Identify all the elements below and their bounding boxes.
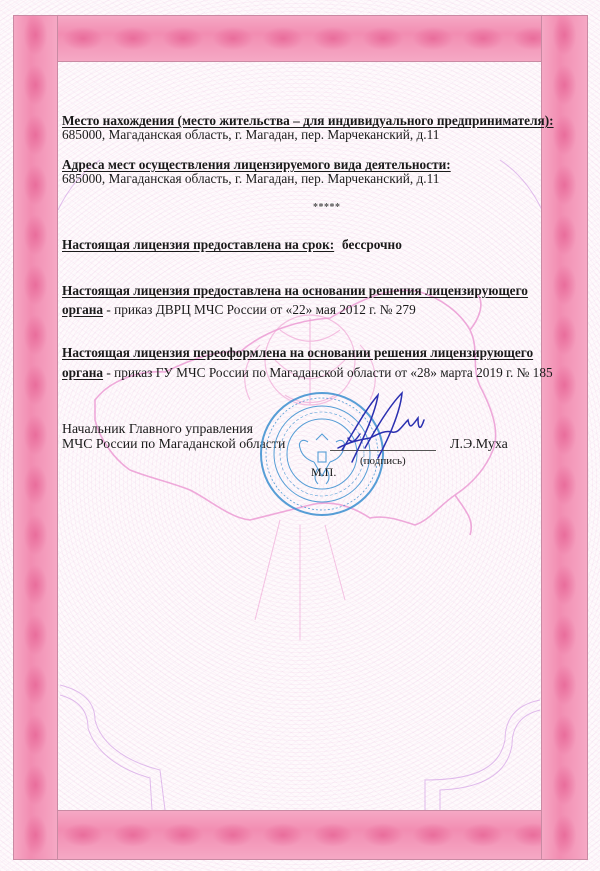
border-top [13,15,588,62]
granted-basis-value: - приказ ДВРЦ МЧС России от «22» мая 201… [103,302,416,317]
signatory-name: Л.Э.Муха [450,438,508,452]
reissued-basis-line: органа - приказ ГУ МЧС России по Магадан… [62,366,553,380]
signatory-position-line1: Начальник Главного управления [62,422,253,436]
term-value: бессрочно [342,238,402,252]
granted-basis-line: органа - приказ ДВРЦ МЧС России от «22» … [62,303,416,317]
reissued-basis-heading: Настоящая лицензия переоформлена на осно… [62,346,533,360]
border-left [13,15,58,860]
border-bottom [13,810,586,860]
handwritten-signature [330,390,440,470]
border-right [541,15,588,860]
reissued-basis-heading-cont: органа [62,365,103,380]
granted-basis-heading: Настоящая лицензия предоставлена на осно… [62,284,528,298]
signatory-position-line2: МЧС России по Магаданской области [62,437,285,451]
location-value: 685000, Магаданская область, г. Магадан,… [62,128,439,142]
term-heading: Настоящая лицензия предоставлена на срок… [62,238,334,252]
activity-addresses-heading: Адреса мест осуществления лицензируемого… [62,158,451,172]
reissued-basis-value: - приказ ГУ МЧС России по Магаданской об… [103,365,553,380]
activity-addresses-value: 685000, Магаданская область, г. Магадан,… [62,172,439,186]
location-heading: Место нахождения (место жительства – для… [62,114,554,128]
separator: ***** [313,201,341,215]
granted-basis-heading-cont: органа [62,302,103,317]
